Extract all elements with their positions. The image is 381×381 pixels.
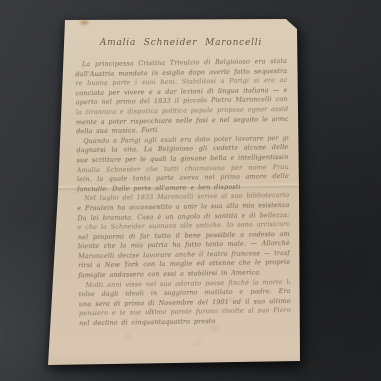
letter-title: Amalia Schneider Maroncelli [75,38,287,48]
foxing-spot [192,340,203,347]
corner-stain [77,18,92,27]
letter-paper-shadow: Amalia Schneider Maroncelli La principes… [0,0,381,381]
letter-paper: Amalia Schneider Maroncelli La principes… [0,0,381,381]
photo-background: Amalia Schneider Maroncelli La principes… [0,0,381,381]
letter-body: La principessa Cristina Trivulzio di Bel… [75,57,291,329]
foxing-spot [124,333,132,339]
